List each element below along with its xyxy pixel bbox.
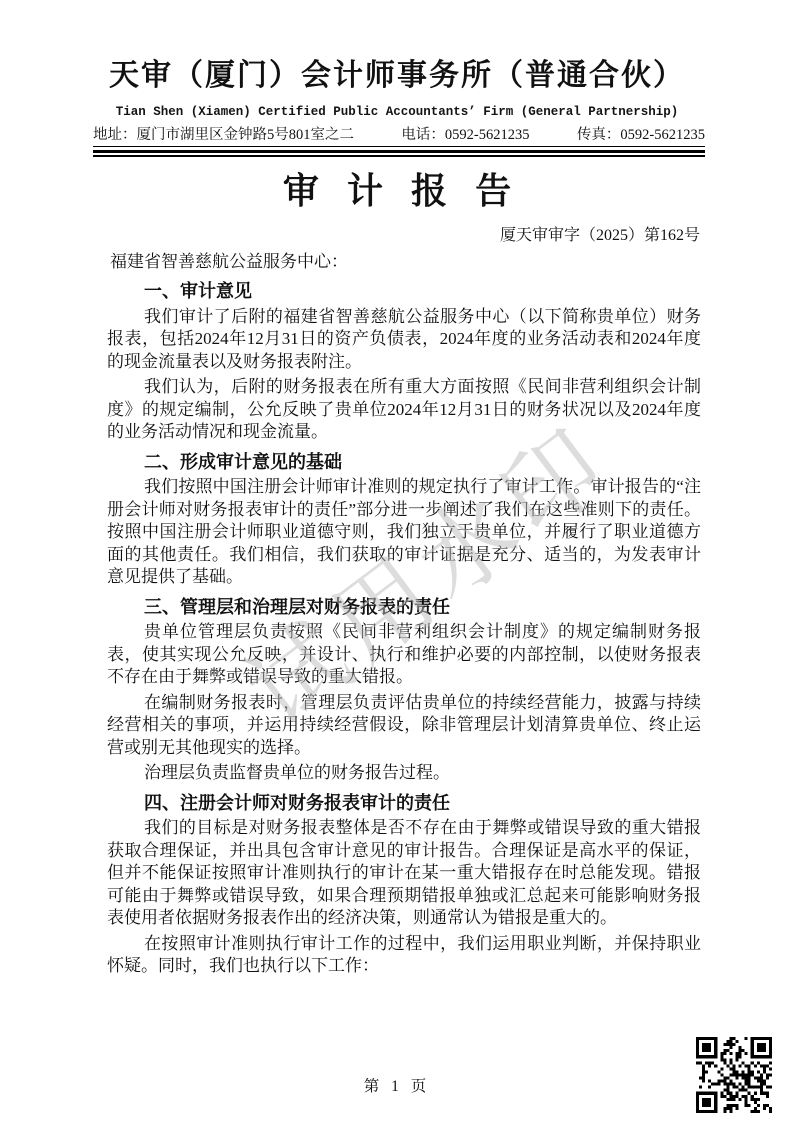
section-heading: 二、形成审计意见的基础: [107, 451, 701, 474]
paragraph: 我们的目标是对财务报表整体是否不存在由于舞弊或错误导致的重大错报获取合理保证，并…: [107, 817, 701, 930]
qr-code-icon: [696, 1037, 772, 1113]
firm-name-en: Tian Shen (Xiamen) Certified Public Acco…: [0, 105, 794, 119]
paragraph: 我们认为，后附的财务报表在所有重大方面按照《民间非营利组织会计制度》的规定编制，…: [107, 376, 701, 444]
paragraph: 我们审计了后附的福建省智善慈航公益服务中心（以下简称贵单位）财务报表，包括202…: [107, 306, 701, 374]
paragraph: 在编制财务报表时，管理层负责评估贵单位的持续经营能力，披露与持续经营相关的事项，…: [107, 692, 701, 760]
firm-phone: 电话：0592-5621235: [401, 126, 529, 144]
paragraph: 我们按照中国注册会计师审计准则的规定执行了审计工作。审计报告的“注册会计师对财务…: [107, 476, 701, 589]
page-number: 第 1 页: [364, 1078, 431, 1095]
page-footer: 第 1 页: [0, 1074, 794, 1096]
section-heading: 四、注册会计师对财务报表审计的责任: [107, 792, 701, 815]
audit-report-page: 天审（厦门）会计师事务所（普通合伙） Tian Shen (Xiamen) Ce…: [0, 0, 794, 1123]
section-heading: 一、审计意见: [107, 280, 701, 303]
letterhead-contact-row: 地址：厦门市湖里区金钟路5号801室之二 电话：0592-5621235 传真：…: [93, 126, 705, 147]
addressee: 福建省智善慈航公益服务中心：: [110, 251, 701, 273]
paragraph: 治理层负责监督贵单位的财务报告过程。: [107, 762, 701, 785]
paragraph: 贵单位管理层负责按照《民间非营利组织会计制度》的规定编制财务报表，使其实现公允反…: [107, 621, 701, 689]
report-title: 审计报告: [0, 170, 794, 212]
letterhead: 天审（厦门）会计师事务所（普通合伙） Tian Shen (Xiamen) Ce…: [0, 0, 794, 157]
section-heading: 三、管理层和治理层对财务报表的责任: [107, 596, 701, 619]
firm-address: 地址：厦门市湖里区金钟路5号801室之二: [93, 126, 354, 144]
firm-fax: 传真：0592-5621235: [577, 126, 705, 144]
firm-name-cn: 天审（厦门）会计师事务所（普通合伙）: [0, 56, 794, 96]
reference-number: 厦天审审字（2025）第162号: [0, 226, 700, 246]
paragraph: 在按照审计准则执行审计工作的过程中，我们运用职业判断，并保持职业怀疑。同时，我们…: [107, 933, 701, 978]
letterhead-rule: [93, 150, 705, 157]
report-body: 一、审计意见 我们审计了后附的福建省智善慈航公益服务中心（以下简称贵单位）财务报…: [107, 280, 701, 978]
qr-code-svg: [696, 1037, 772, 1113]
